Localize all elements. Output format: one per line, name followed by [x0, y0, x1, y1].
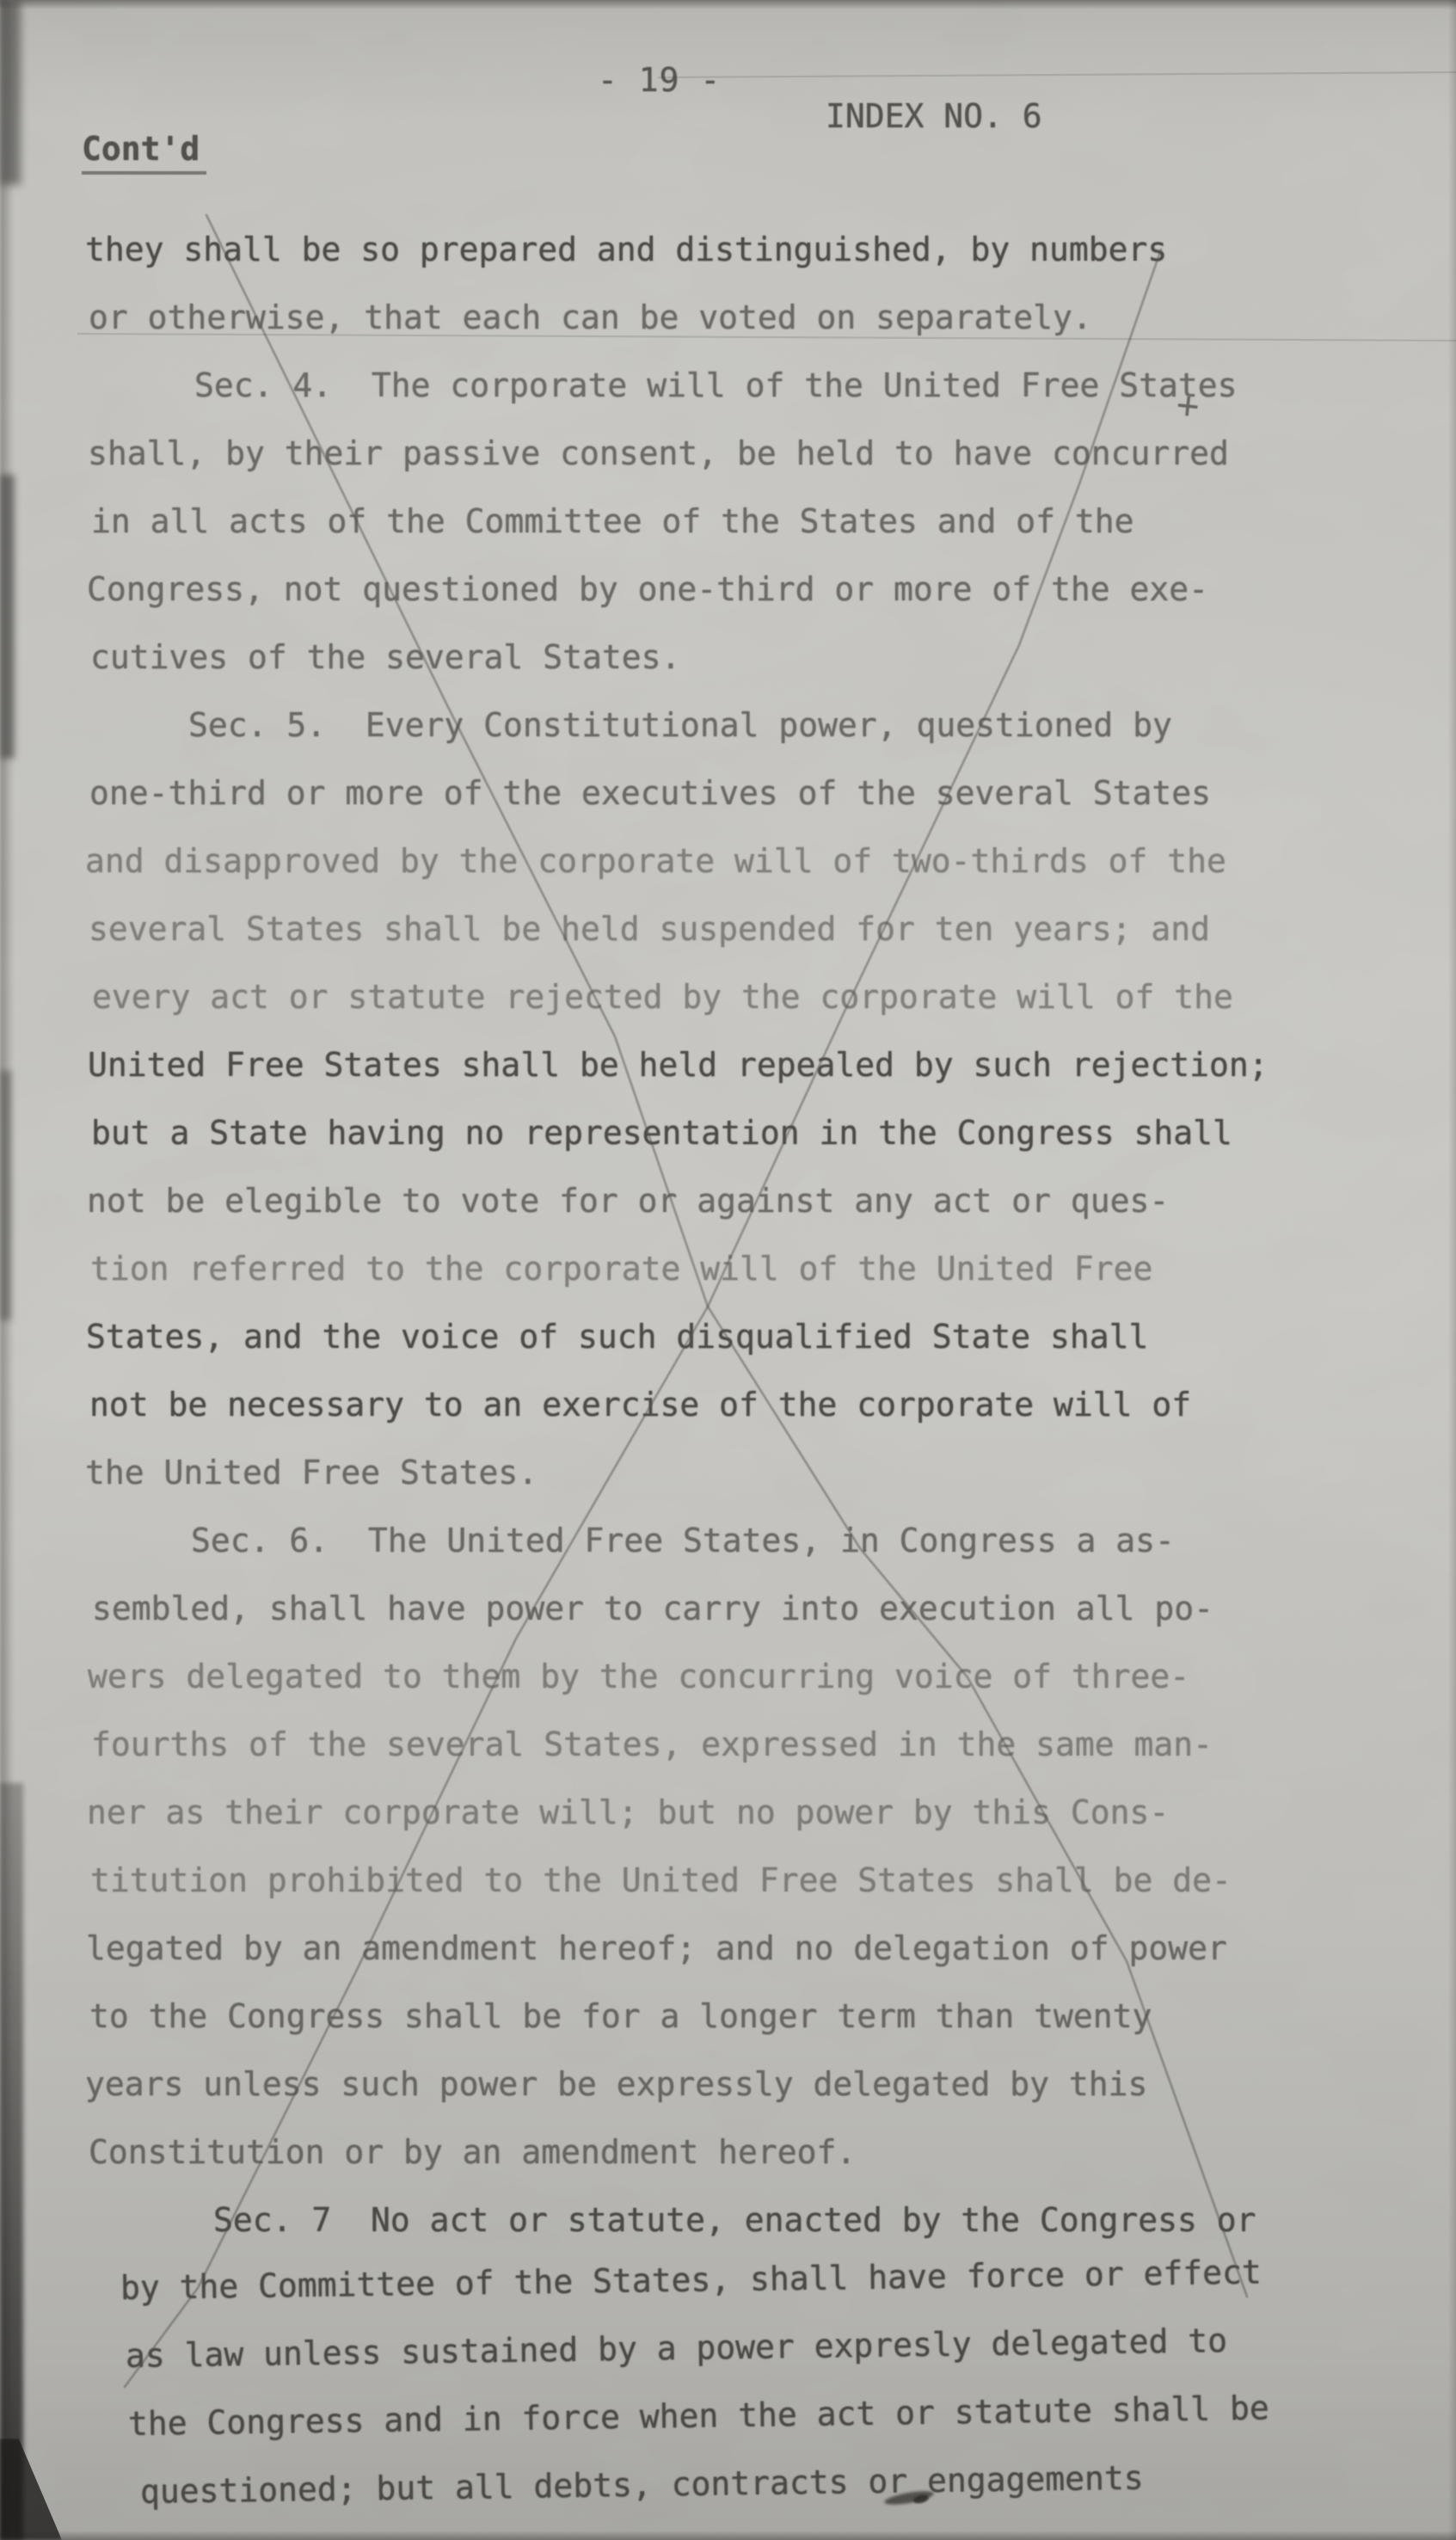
typewritten-line: Congress, not questioned by one-third or…: [87, 569, 1208, 610]
typewritten-line: not be necessary to an exercise of the c…: [89, 1385, 1191, 1425]
pencil-plus-mark: +: [1174, 383, 1201, 428]
typewritten-line: not be elegible to vote for or against a…: [87, 1181, 1169, 1221]
scan-edge-left-mark: [0, 475, 15, 759]
scanned-document-page: - 19 - INDEX NO. 6 Cont'd they shall be …: [0, 0, 1456, 2540]
typewritten-line: in all acts of the Committee of the Stat…: [91, 501, 1134, 542]
scan-edge-left-mark: [0, 1071, 11, 1320]
typewritten-line: questioned; but all debts, contracts or …: [140, 2458, 1144, 2512]
typewritten-line: the Congress and in force when the act o…: [128, 2388, 1269, 2445]
scan-corner-bottom-left: [0, 2439, 62, 2540]
continuation-label: Cont'd: [82, 129, 206, 175]
typewritten-line: the United Free States.: [85, 1453, 538, 1493]
typewritten-line: every act or statute rejected by the cor…: [92, 977, 1233, 1018]
typewritten-line: Constitution or by an amendment hereof.: [89, 2132, 856, 2173]
typewritten-line: wers delegated to them by the concurring…: [88, 1657, 1189, 1697]
typewritten-line: or otherwise, that each can be voted on …: [89, 298, 1092, 338]
scan-edge-right: [1448, 0, 1456, 2540]
typewritten-line: Sec. 5. Every Constitutional power, ques…: [188, 705, 1172, 746]
scan-edge-bottom: [0, 2531, 1456, 2540]
typewritten-line: and disapproved by the corporate will of…: [85, 841, 1226, 882]
scan-edge-top: [0, 0, 1456, 9]
paper-crease: [658, 72, 1456, 77]
typewritten-line: to the Congress shall be for a longer te…: [89, 1996, 1152, 2037]
typewritten-line: cutives of the several States.: [90, 637, 680, 678]
typewritten-line: but a State having no representation in …: [91, 1113, 1232, 1153]
typewritten-line: United Free States shall be held repeale…: [88, 1045, 1269, 1085]
typewritten-line: Sec. 4. The corporate will of the United…: [194, 366, 1238, 406]
typewritten-line: as law unless sustained by a power expre…: [126, 2321, 1228, 2377]
typewritten-line: ner as their corporate will; but no powe…: [87, 1793, 1169, 1833]
typewritten-line: shall, by their passive consent, be held…: [88, 434, 1229, 474]
typewritten-line: tion referred to the corporate will of t…: [90, 1249, 1152, 1289]
typewritten-line: by the Committee of the States, shall ha…: [120, 2252, 1262, 2309]
typewritten-line: Sec. 6. The United Free States, in Congr…: [191, 1521, 1175, 1561]
typewritten-line: fourths of the several States, expressed…: [91, 1725, 1213, 1765]
scan-edge-left-top: [0, 0, 21, 185]
page-number: - 19 -: [598, 60, 721, 101]
scan-edge-left-lower: [0, 1783, 23, 2540]
typewritten-line: sembled, shall have power to carry into …: [92, 1589, 1213, 1629]
typewritten-line: States, and the voice of such disqualifi…: [86, 1317, 1148, 1357]
typewritten-line: one-third or more of the executives of t…: [89, 773, 1211, 814]
index-label: INDEX NO. 6: [826, 96, 1042, 137]
typewritten-line: Sec. 7 No act or statute, enacted by the…: [213, 2200, 1256, 2241]
typewritten-line: years unless such power be expressly del…: [85, 2064, 1147, 2105]
typewritten-line: titution prohibited to the United Free S…: [90, 1860, 1232, 1901]
typewritten-line: they shall be so prepared and distinguis…: [85, 230, 1167, 270]
typewritten-line: legated by an amendment hereof; and no d…: [86, 1928, 1227, 1969]
typewritten-line: several States shall be held suspended f…: [89, 909, 1210, 950]
